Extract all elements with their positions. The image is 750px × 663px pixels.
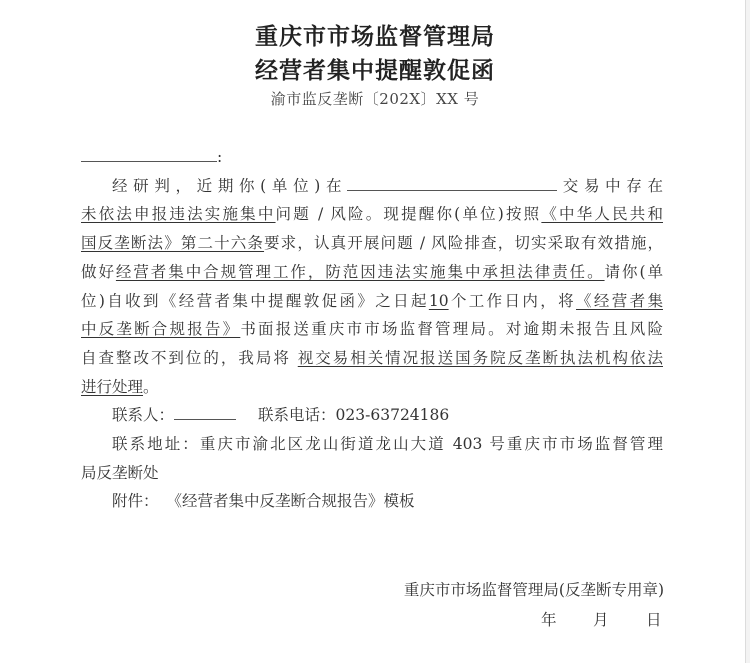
underlined-text: 中反垄断合规报告》 bbox=[81, 320, 240, 338]
address-label: 联系地址： bbox=[112, 435, 200, 453]
address-text: 重庆市渝北区龙山街道龙山大道 403 号重庆市市场监督管理 bbox=[200, 435, 663, 453]
underlined-text: 未依法申报违法实施集中 bbox=[81, 205, 276, 223]
underlined-text: 经营者集中合规管理工作，防范因违法实施集中承担法律责任。 bbox=[116, 263, 605, 281]
salutation-colon: : bbox=[217, 148, 222, 166]
contact-phone-label: 联系电话： bbox=[258, 406, 336, 424]
address-line-2: 局反垄断处 bbox=[81, 459, 159, 488]
contact-person-label: 联系人： bbox=[112, 406, 174, 424]
attachment-label: 附件： bbox=[112, 492, 159, 510]
paragraph-line-7: 自查整改不到位的，我局将 视交易相关情况报送国务院反垄断执法机构依法 bbox=[81, 344, 663, 373]
text: 个工作日内，将 bbox=[449, 292, 576, 310]
underlined-text: 进行处理 bbox=[81, 378, 143, 396]
contact-person-blank bbox=[174, 403, 236, 420]
paragraph-line-8: 进行处理。 bbox=[81, 373, 159, 402]
text: 问题 / 风险。现提醒你(单位)按照 bbox=[276, 205, 542, 223]
text: 。 bbox=[143, 378, 159, 396]
transaction-blank bbox=[347, 174, 557, 191]
paragraph-line-1: 经研判，近期你(单位)在交易中存在 bbox=[81, 172, 663, 201]
text: 请你(单 bbox=[605, 263, 663, 281]
attachment-line: 附件：《经营者集中反垄断合规报告》模板 bbox=[81, 487, 415, 516]
underlined-text: 国反垄断法》第二十六条 bbox=[81, 234, 264, 252]
paragraph-line-3: 国反垄断法》第二十六条要求，认真开展问题 / 风险排查，切实采取有效措施， bbox=[81, 229, 663, 258]
recipient-blank bbox=[81, 145, 217, 162]
contact-phone: 023-63724186 bbox=[336, 406, 450, 424]
attachment-name: 《经营者集中反垄断合规报告》模板 bbox=[167, 492, 415, 510]
text: 位)自收到《经营者集中提醒敦促函》之日起 bbox=[81, 292, 429, 310]
paragraph-line-4: 做好经营者集中合规管理工作，防范因违法实施集中承担法律责任。请你(单 bbox=[81, 258, 663, 287]
text: 经研判，近期你(单位)在 bbox=[112, 177, 347, 195]
address-text-cont: 局反垄断处 bbox=[81, 464, 159, 482]
date-day: 日 bbox=[646, 608, 662, 630]
underlined-text: 《经营者集 bbox=[576, 292, 663, 310]
document-number: 渝市监反垄断〔202X〕XX 号 bbox=[0, 88, 750, 109]
text: 要求，认真开展问题 / 风险排查，切实采取有效措施， bbox=[264, 234, 663, 252]
text: 书面报送重庆市市场监督管理局。对逾期未报告且风险 bbox=[240, 320, 663, 338]
paragraph-line-5: 位)自收到《经营者集中提醒敦促函》之日起10个工作日内，将《经营者集 bbox=[81, 287, 663, 316]
text: 自查整改不到位的，我局将 bbox=[81, 349, 298, 367]
underlined-text: 《中华人民共和 bbox=[541, 205, 663, 223]
date-year: 年 bbox=[541, 608, 557, 630]
document-title-letter-type: 经营者集中提醒敦促函 bbox=[0, 52, 750, 85]
contact-line: 联系人：联系电话：023-63724186 bbox=[81, 401, 449, 430]
date-month: 月 bbox=[593, 608, 609, 630]
paragraph-line-6: 中反垄断合规报告》书面报送重庆市市场监督管理局。对逾期未报告且风险 bbox=[81, 315, 663, 344]
text: 做好 bbox=[81, 263, 116, 281]
underlined-text: 视交易相关情况报送国务院反垄断执法机构依法 bbox=[298, 349, 663, 367]
text: 交易中存在 bbox=[557, 177, 663, 195]
document-title-issuer: 重庆市市场监督管理局 bbox=[0, 18, 750, 51]
paragraph-line-2: 未依法申报违法实施集中问题 / 风险。现提醒你(单位)按照《中华人民共和 bbox=[81, 200, 663, 229]
underlined-deadline-days: 10 bbox=[429, 292, 449, 310]
address-line-1: 联系地址：重庆市渝北区龙山街道龙山大道 403 号重庆市市场监督管理 bbox=[81, 430, 663, 459]
salutation: : bbox=[81, 143, 222, 172]
issuer-seal-line: 重庆市市场监督管理局(反垄断专用章) bbox=[404, 578, 664, 600]
